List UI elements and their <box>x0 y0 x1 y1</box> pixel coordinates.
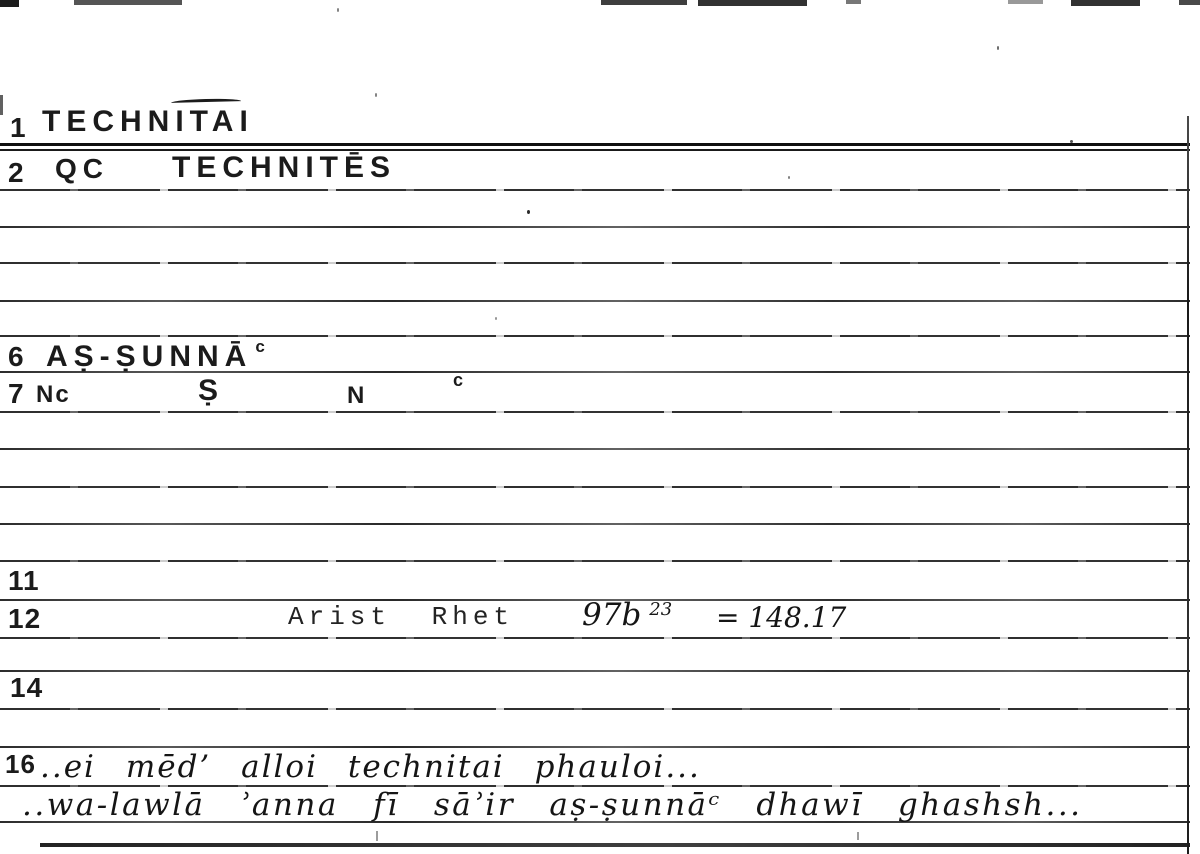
headword-part: TECHN <box>42 105 175 138</box>
bekker-line-sup: 23 <box>649 599 672 620</box>
scan-artifact-top-edge <box>1071 0 1140 6</box>
ruled-line <box>0 523 1190 525</box>
scan-speck <box>375 93 377 97</box>
headword-part: I <box>239 105 253 138</box>
notation-s: Ṣ <box>198 374 218 408</box>
scan-speck <box>337 8 339 12</box>
ruled-line <box>0 226 1190 228</box>
scan-artifact-top-edge <box>0 0 19 7</box>
scan-artifact-top-edge <box>846 0 861 4</box>
scan-artifact-top-edge <box>601 0 687 5</box>
ruled-line <box>0 637 1190 639</box>
citation-arist-rhet: Arist Rhet <box>288 602 514 632</box>
ruled-line <box>0 560 1190 562</box>
notation-n: N <box>347 382 366 410</box>
index-card-scan: 1 2 6 7 11 12 14 16 TECHNITAI QC TECHNIT… <box>0 0 1200 854</box>
line-number-6: 6 <box>8 341 25 373</box>
scan-speck <box>0 95 3 115</box>
notation-nc: Nc <box>36 381 71 409</box>
margin-line <box>1187 116 1189 854</box>
parallel-ref: = 148.17 <box>716 601 846 634</box>
bekker-ref: 97b23 <box>582 597 672 633</box>
ruled-line <box>0 708 1190 710</box>
scan-speck <box>1070 140 1073 143</box>
line-number-2: 2 <box>8 157 25 189</box>
headword-technitai: TECHNITAI <box>42 105 254 139</box>
arabic-quotation: ..wa-lawlā ʾanna fī sāʾir aṣ-ṣunnāᶜ dhaw… <box>22 787 1083 823</box>
scan-speck <box>376 831 378 841</box>
line-number-12: 12 <box>8 603 41 635</box>
line-number-7: 7 <box>8 378 25 410</box>
ruled-line <box>0 448 1190 450</box>
line-number-16: 16 <box>5 749 36 780</box>
ruled-line <box>0 143 1190 146</box>
line-number-1: 1 <box>10 112 27 144</box>
scan-speck <box>857 832 859 840</box>
headword-technites: TECHNITĒS <box>172 151 396 185</box>
scan-speck <box>788 176 790 179</box>
bekker-page: 97b <box>582 597 641 633</box>
scan-artifact-top-edge <box>74 0 182 5</box>
scan-artifact-top-edge <box>698 0 807 6</box>
ruled-line <box>0 486 1190 488</box>
scan-speck <box>527 210 530 214</box>
abbr-qc: QC <box>55 153 109 185</box>
headword-part: AṢ-ṢUNNĀ <box>46 340 252 373</box>
ruled-line <box>0 189 1190 191</box>
ruled-line <box>0 300 1190 302</box>
scan-artifact-top-edge <box>1179 0 1200 5</box>
greek-quotation: ..ei mēd’ alloi technitai phauloi... <box>40 749 701 785</box>
ruled-line <box>0 262 1190 264</box>
headword-as-sunna: AṢ-ṢUNNĀc <box>46 337 266 374</box>
scan-speck <box>495 317 497 320</box>
superscript-ayn: c <box>453 370 463 391</box>
line-number-14: 14 <box>10 672 43 704</box>
line-number-11: 11 <box>8 565 40 597</box>
scan-artifact-top-edge <box>1008 0 1043 4</box>
scan-speck <box>997 46 999 50</box>
headword-part-macron: ITA <box>175 105 239 138</box>
ruled-line <box>0 746 1190 748</box>
superscript-ayn: c <box>255 337 265 356</box>
ruled-line <box>0 411 1190 413</box>
ruled-line <box>0 670 1190 672</box>
ruled-line <box>40 843 1190 847</box>
